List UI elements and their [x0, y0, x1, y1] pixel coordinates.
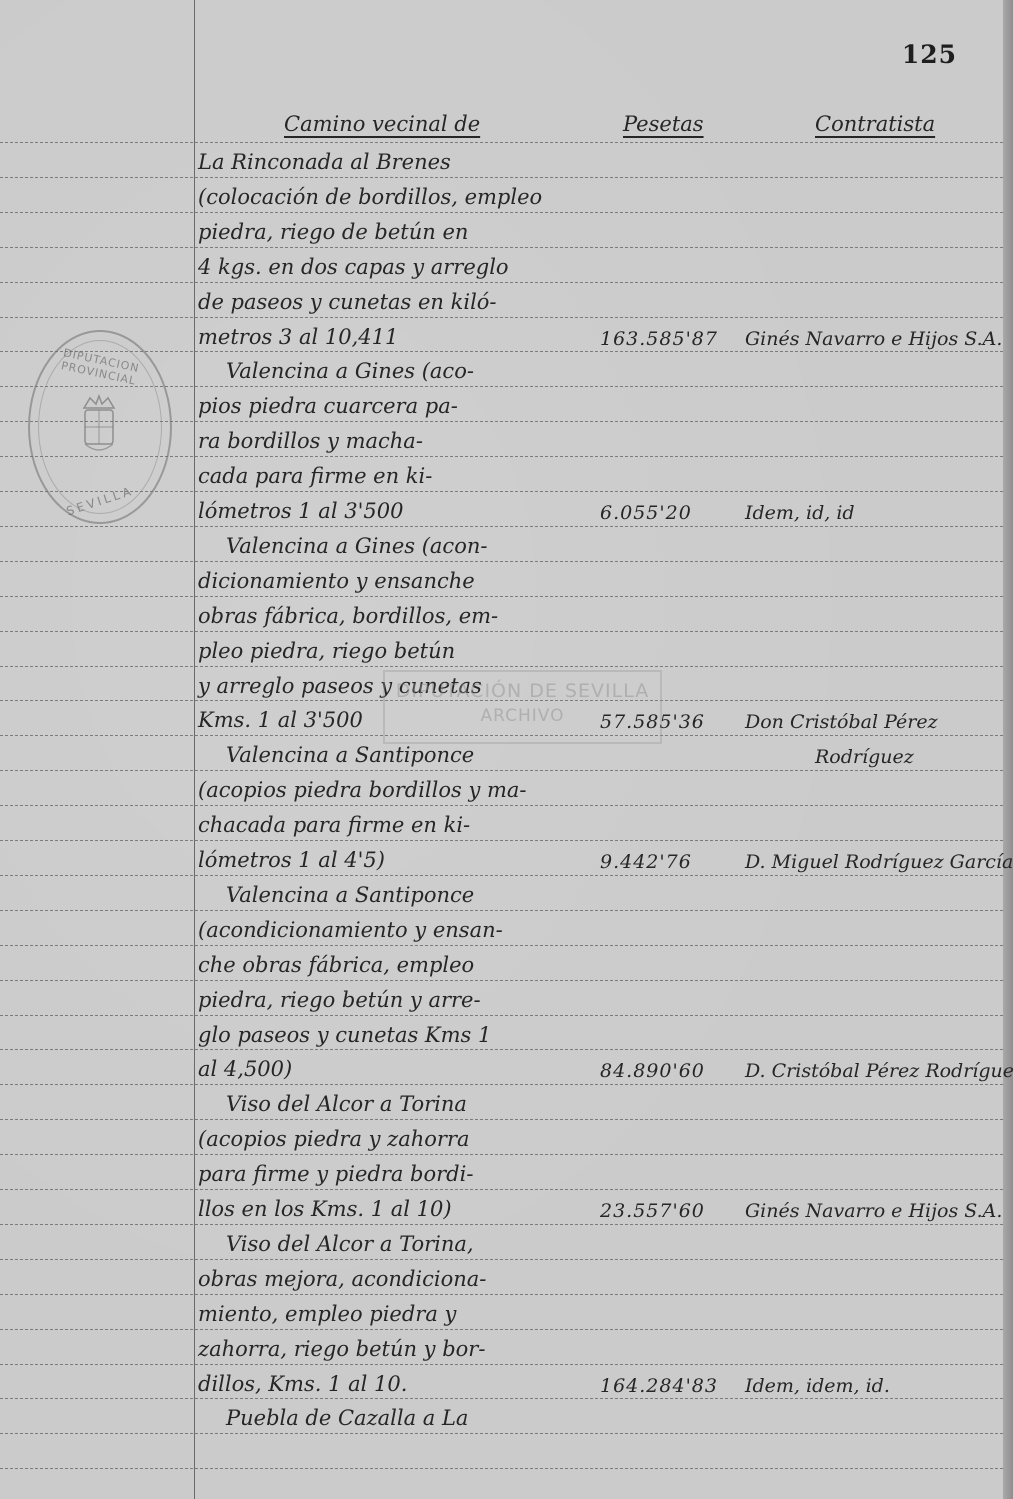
entry-description-line: al 4,500): [198, 1055, 292, 1083]
entry-contractor: Ginés Navarro e Hijos S.A.: [745, 325, 1002, 353]
coat-of-arms-icon: [76, 394, 122, 456]
margin-line: [194, 0, 195, 1499]
entry-description-line: piedra, riego de betún en: [198, 218, 468, 246]
entry-description-line: Valencina a Gines (acon-: [226, 532, 487, 560]
entry-description-line: (acopios piedra bordillos y ma-: [198, 776, 527, 804]
ruled-line: [0, 212, 1003, 213]
entry-description-line: chacada para firme en ki-: [198, 811, 470, 839]
entry-description-line: Valencina a Santiponce: [226, 741, 474, 769]
page-edge: [1003, 0, 1013, 1499]
ruled-line: [0, 1015, 1003, 1016]
entry-contractor: Idem, idem, id.: [745, 1372, 890, 1400]
entry-description-line: lómetros 1 al 3'500: [198, 497, 403, 525]
entry-description-line: Viso del Alcor a Torina: [226, 1090, 467, 1118]
entry-description-line: (acopios piedra y zahorra: [198, 1125, 470, 1153]
entry-description-line: (colocación de bordillos, empleo: [198, 183, 542, 211]
ruled-line: [0, 1433, 1003, 1434]
entry-contractor: D. Miguel Rodríguez García: [745, 848, 1013, 876]
entry-amount: 6.055'20: [600, 499, 692, 527]
entry-contractor: Idem, id, id: [745, 499, 855, 527]
ruled-line: [0, 910, 1003, 911]
entry-description-line: zahorra, riego betún y bor-: [198, 1335, 485, 1363]
ruled-line: [0, 1364, 1003, 1365]
page-number: 125: [902, 40, 957, 69]
entry-description-line: piedra, riego betún y arre-: [198, 986, 481, 1014]
entry-description-line: miento, empleo piedra y: [198, 1300, 456, 1328]
ledger-page: 125 Camino vecinal de Pesetas Contratist…: [0, 0, 1013, 1499]
ruled-line: [0, 1189, 1003, 1190]
ruled-line: [0, 1329, 1003, 1330]
ruled-line: [0, 805, 1003, 806]
entry-description-line: ra bordillos y macha-: [198, 427, 423, 455]
ruled-line: [0, 247, 1003, 248]
entry-description-line: pleo piedra, riego betún: [198, 637, 455, 665]
header-amount: Pesetas: [623, 110, 704, 138]
ruled-line: [0, 1468, 1003, 1469]
entry-description-line: La Rinconada al Brenes: [198, 148, 451, 176]
entry-description-line: 4 kgs. en dos capas y arreglo: [198, 253, 509, 281]
entry-description-line: (acondicionamiento y ensan-: [198, 916, 503, 944]
entry-contractor: Rodríguez: [815, 743, 914, 771]
ruled-line: [0, 1154, 1003, 1155]
entry-description-line: Viso del Alcor a Torina,: [226, 1230, 474, 1258]
entry-description-line: para firme y piedra bordi-: [198, 1160, 473, 1188]
entry-contractor: D. Cristóbal Pérez Rodríguez: [745, 1057, 1013, 1085]
ruled-line: [0, 666, 1003, 667]
ruled-line: [0, 980, 1003, 981]
archive-watermark: DIPUTACIÓN DE SEVILLA ARCHIVO: [383, 670, 662, 744]
ruled-line: [0, 840, 1003, 841]
entry-amount: 84.890'60: [600, 1057, 705, 1085]
ruled-line: [0, 282, 1003, 283]
entry-description-line: lómetros 1 al 4'5): [198, 846, 385, 874]
entry-description-line: pios piedra cuarcera pa-: [198, 392, 458, 420]
entry-contractor: Ginés Navarro e Hijos S.A.: [745, 1197, 1002, 1225]
entry-description-line: Kms. 1 al 3'500: [198, 706, 363, 734]
ruled-line: [0, 945, 1003, 946]
entry-description-line: llos en los Kms. 1 al 10): [198, 1195, 452, 1223]
ruled-line: [0, 177, 1003, 178]
ruled-line: [0, 561, 1003, 562]
ruled-line: [0, 631, 1003, 632]
ruled-line: [0, 142, 1003, 143]
header-contractor: Contratista: [815, 110, 935, 138]
entry-description-line: de paseos y cunetas en kiló-: [198, 288, 497, 316]
ruled-line: [0, 596, 1003, 597]
entry-description-line: metros 3 al 10,411: [198, 323, 398, 351]
ruled-line: [0, 1119, 1003, 1120]
watermark-line2: ARCHIVO: [385, 706, 660, 726]
entry-description-line: glo paseos y cunetas Kms 1: [198, 1021, 491, 1049]
ruled-line: [0, 1049, 1003, 1050]
entry-description-line: Puebla de Cazalla a La: [226, 1404, 468, 1432]
entry-contractor: Don Cristóbal Pérez: [745, 708, 938, 736]
header-description: Camino vecinal de: [284, 110, 480, 138]
ruled-line: [0, 1259, 1003, 1260]
entry-description-line: Valencina a Gines (aco-: [226, 357, 474, 385]
watermark-line1: DIPUTACIÓN DE SEVILLA: [385, 680, 660, 702]
entry-amount: 23.557'60: [600, 1197, 705, 1225]
entry-description-line: Valencina a Santiponce: [226, 881, 474, 909]
entry-description-line: cada para firme en ki-: [198, 462, 432, 490]
ruled-line: [0, 317, 1003, 318]
entry-description-line: dicionamiento y ensanche: [198, 567, 475, 595]
entry-description-line: dillos, Kms. 1 al 10.: [198, 1370, 407, 1398]
entry-amount: 9.442'76: [600, 848, 692, 876]
entry-description-line: che obras fábrica, empleo: [198, 951, 474, 979]
official-stamp: DIPUTACION PROVINCIAL SEVILLA: [28, 330, 172, 524]
entry-amount: 163.585'87: [600, 325, 718, 353]
ruled-line: [0, 1294, 1003, 1295]
entry-description-line: obras mejora, acondiciona-: [198, 1265, 486, 1293]
entry-amount: 164.284'83: [600, 1372, 718, 1400]
entry-description-line: obras fábrica, bordillos, em-: [198, 602, 498, 630]
